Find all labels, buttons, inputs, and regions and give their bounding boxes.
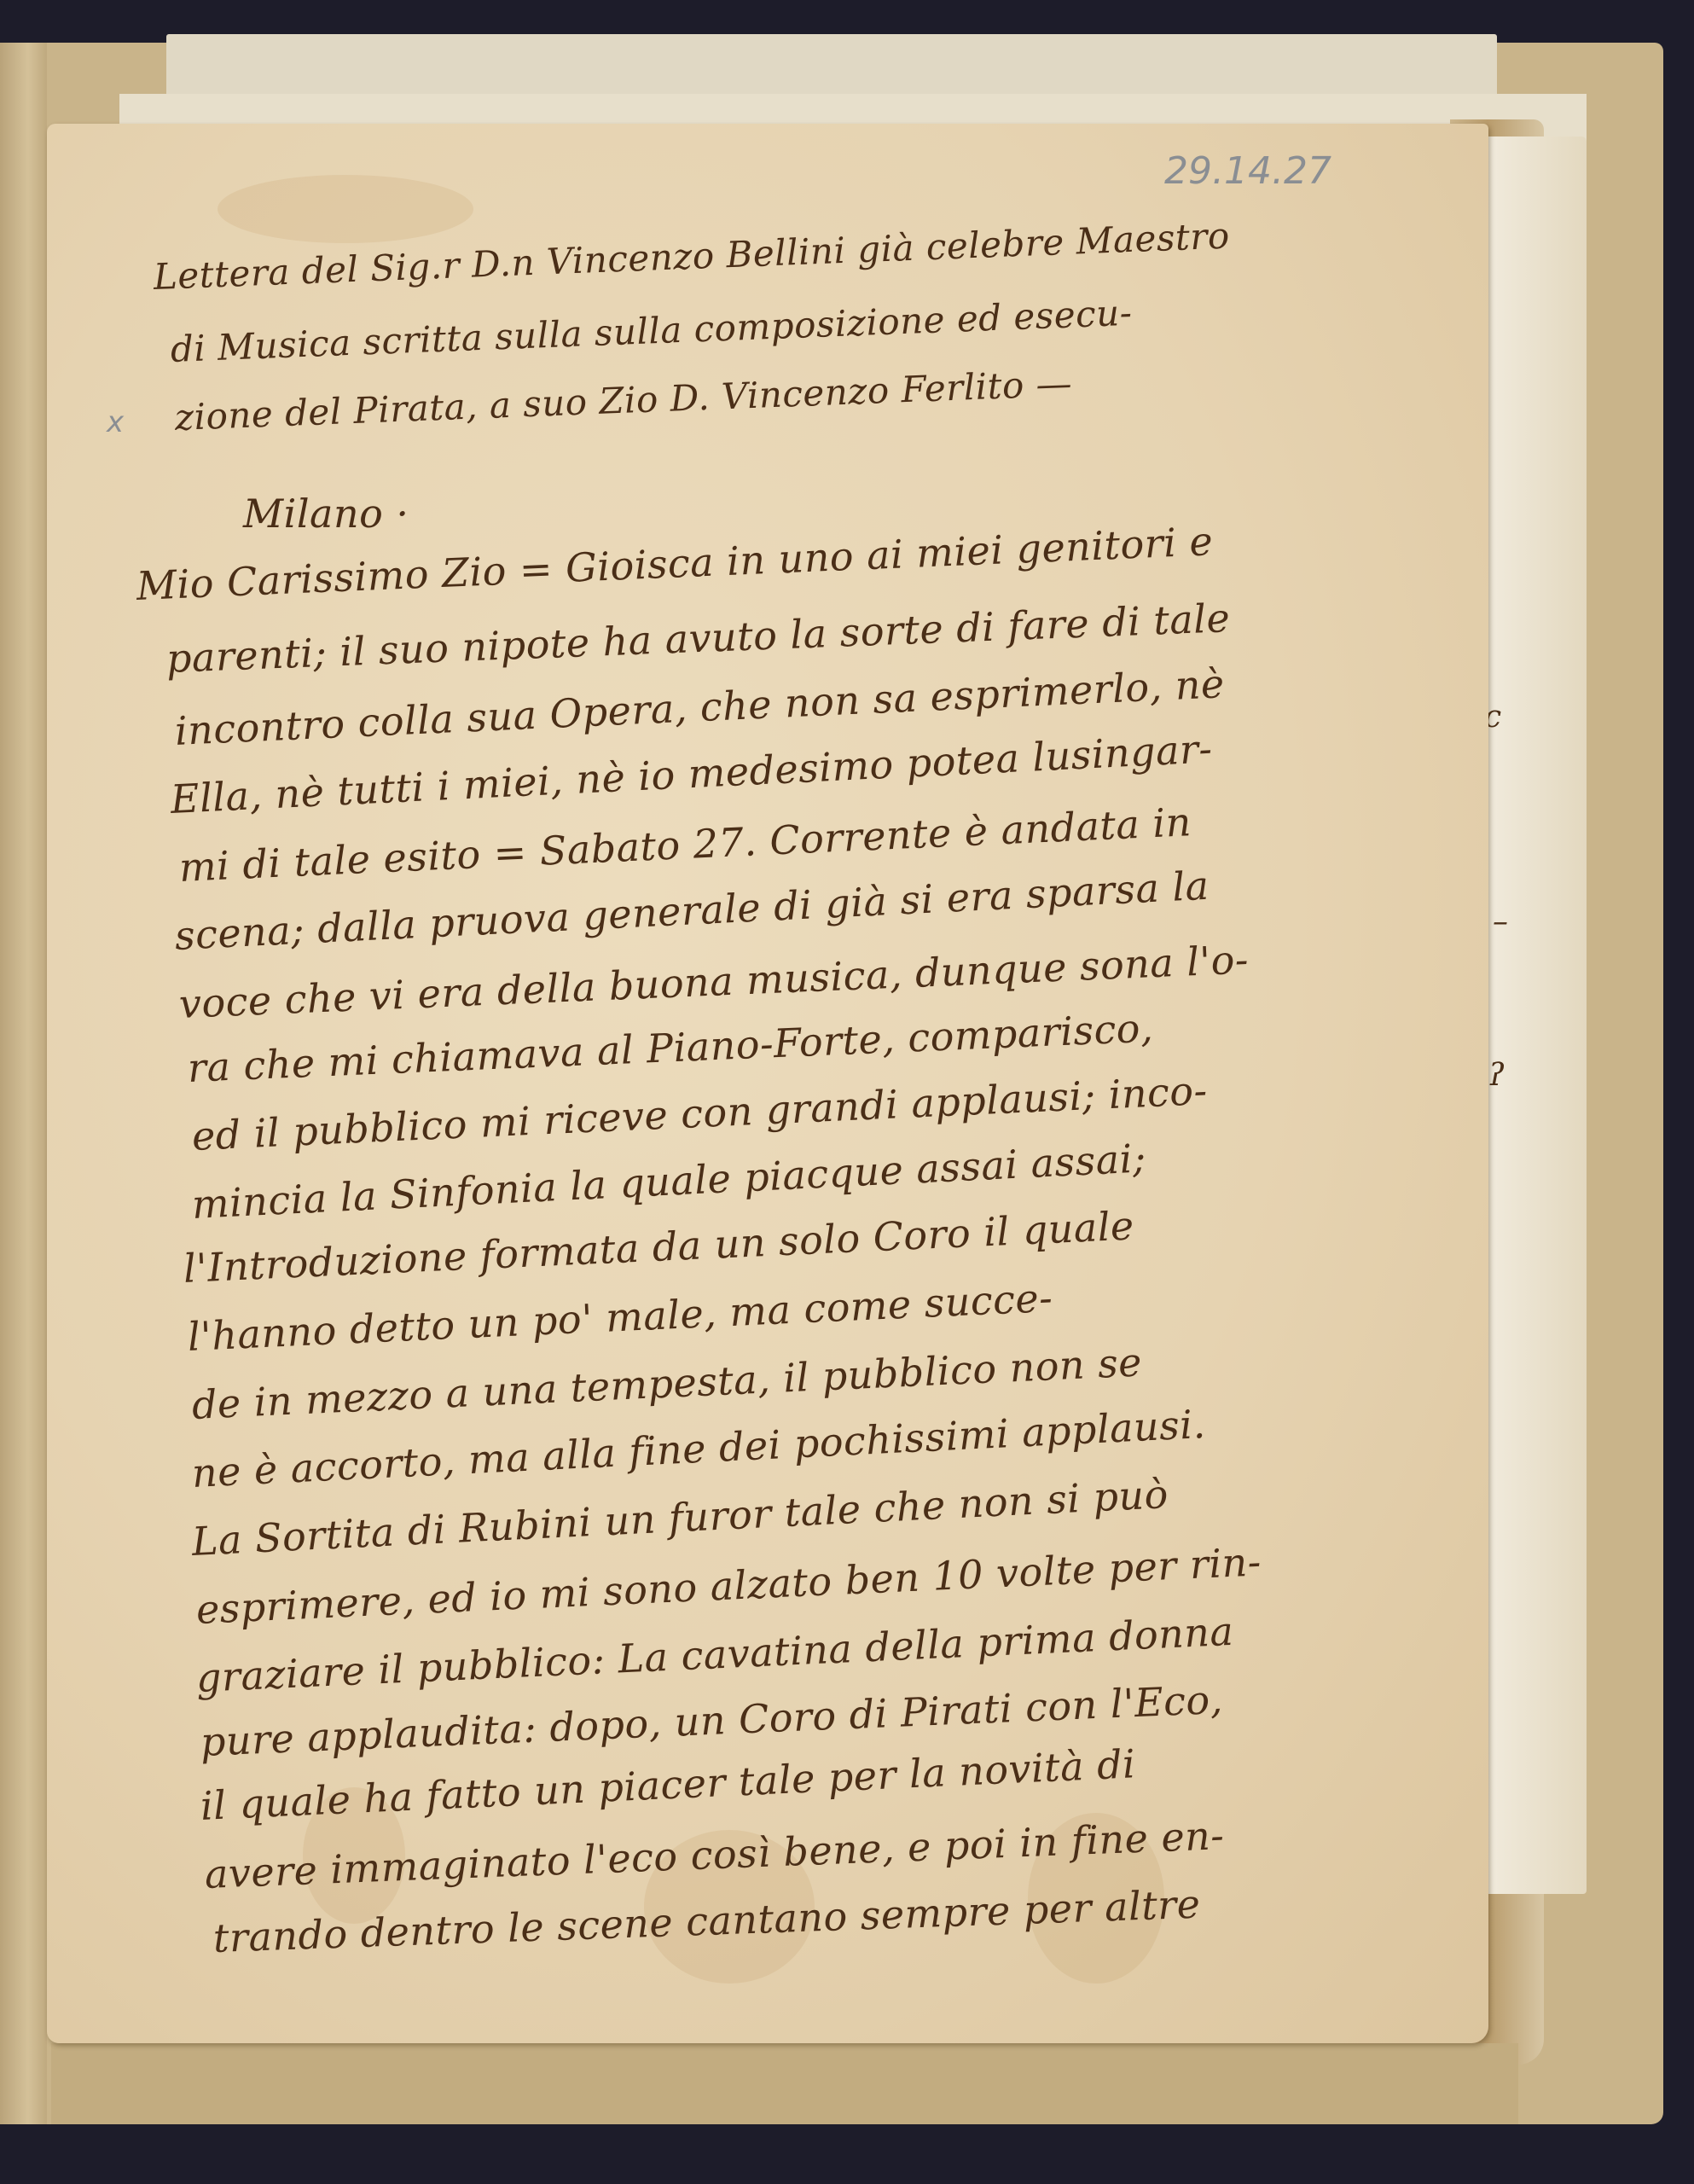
bleed-mark: ʔ [1488,1058,1505,1093]
page-torn-bottom [51,2043,1518,2124]
bleed-mark: – [1493,904,1508,939]
archive-number: 29.14.27 [1164,149,1331,193]
margin-mark: x [107,405,124,439]
place-line: Milano · [243,491,409,537]
folder-spine [0,43,47,2124]
foxing-stain [218,175,473,243]
